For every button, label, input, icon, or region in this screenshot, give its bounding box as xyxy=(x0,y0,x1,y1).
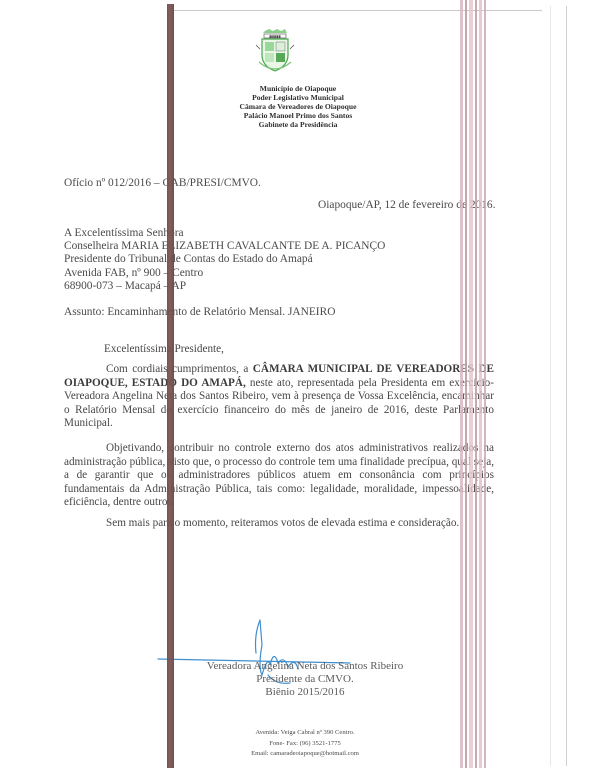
scan-artifact-line xyxy=(566,6,567,766)
scan-artifact-stripes xyxy=(460,0,488,768)
signatory-name: Vereadora Angelina Neta dos Santos Ribei… xyxy=(140,660,470,673)
scanned-letter-page: ▮▮▮▮▮▮ Município de Oiapoque Poder Legis… xyxy=(0,0,593,768)
signatory-term: Biênio 2015/2016 xyxy=(140,686,470,699)
paragraph-2: Objetivando, contribuir no controle exte… xyxy=(64,442,494,509)
scan-artifact-stripe xyxy=(167,4,174,768)
footer-address: Avenida: Veiga Cabral nº 390 Centro. xyxy=(190,728,420,739)
recipient-name: Conselheira MARIA ELIZABETH CAVALCANTE D… xyxy=(64,240,385,253)
letterhead-line: Poder Legislativo Municipal xyxy=(180,93,416,102)
letterhead-line: Gabinete da Presidência xyxy=(180,120,416,129)
recipient-title: Presidente do Tribunal de Contas do Esta… xyxy=(64,253,385,266)
letterhead-line: Município de Oiapoque xyxy=(180,84,416,93)
greeting: Excelentíssima Presidente, xyxy=(64,343,494,356)
subject-line: Assunto: Encaminhamento de Relatório Men… xyxy=(64,306,335,318)
recipient-street: Avenida FAB, nº 900 – Centro xyxy=(64,267,385,280)
document-reference: Ofício nº 012/2016 – GAB/PRESI/CMVO. xyxy=(64,177,261,189)
letter-body: Excelentíssima Presidente, Com cordiais … xyxy=(64,343,494,539)
coat-of-arms-icon: ▮▮▮▮▮▮ xyxy=(253,28,297,74)
paragraph-1-intro: Com cordiais cumprimentos, a xyxy=(106,363,253,375)
footer-email: Email: camaradeoiapoque@hotmail.com xyxy=(190,749,420,760)
closing-line: Sem mais para o momento, reiteramos voto… xyxy=(64,517,494,530)
scan-artifact-line xyxy=(550,6,551,766)
paragraph-1: Com cordiais cumprimentos, a CÂMARA MUNI… xyxy=(64,363,494,430)
recipient-city: 68900-073 – Macapá – AP xyxy=(64,280,385,293)
footer-contact: Avenida: Veiga Cabral nº 390 Centro. Fon… xyxy=(190,728,420,760)
letterhead: Município de Oiapoque Poder Legislativo … xyxy=(180,84,416,129)
recipient-salutation: A Excelentíssima Senhora xyxy=(64,227,385,240)
svg-text:▮▮▮▮▮▮: ▮▮▮▮▮▮ xyxy=(269,35,281,39)
signature-block: Vereadora Angelina Neta dos Santos Ribei… xyxy=(140,660,470,699)
letterhead-line: Câmara de Vereadores de Oiapoque xyxy=(180,102,416,111)
recipient-block: A Excelentíssima Senhora Conselheira MAR… xyxy=(64,227,385,293)
footer-phone: Fone- Fax: (96) 3521-1775 xyxy=(190,739,420,750)
letterhead-line: Palácio Manoel Primo dos Santos xyxy=(180,111,416,120)
signatory-role: Presidente da CMVO. xyxy=(140,673,470,686)
